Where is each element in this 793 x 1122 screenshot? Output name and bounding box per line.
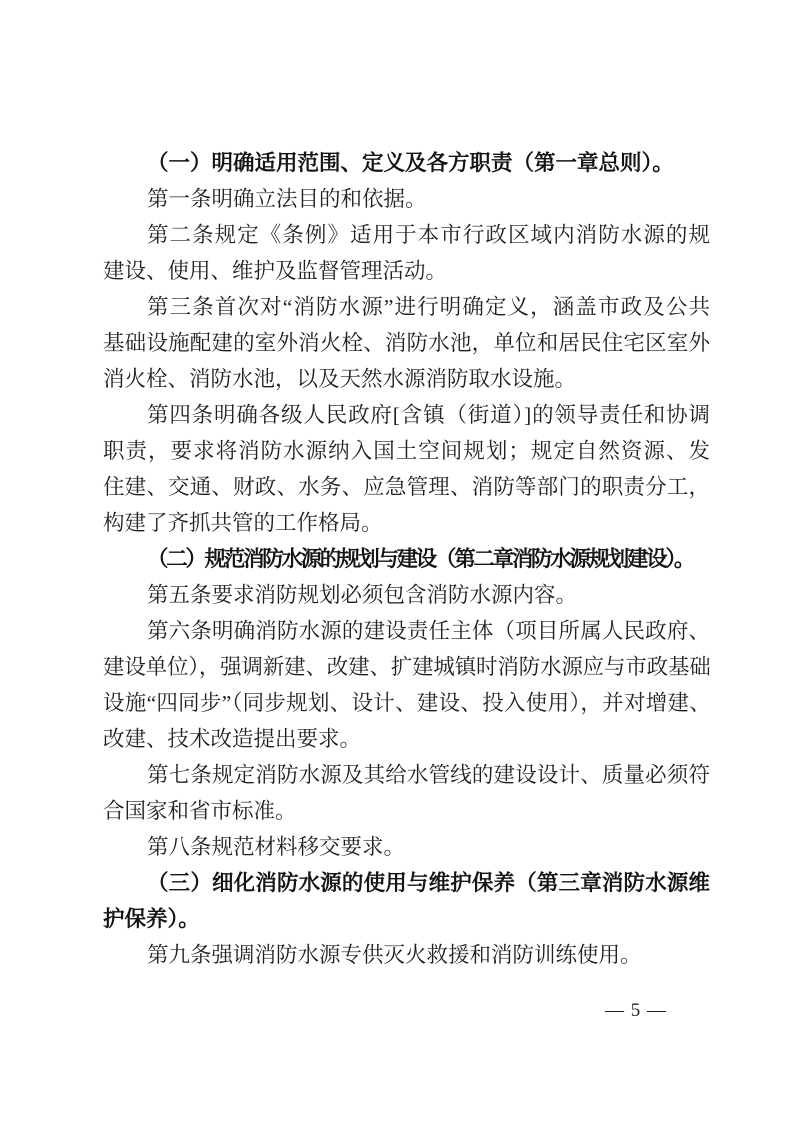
text-line: 构建了齐抓共管的工作格局。: [103, 505, 710, 541]
text-line: （三）细化消防水源的使用与维护保养（第三章消防水源维: [103, 865, 710, 901]
text-line: 第三条首次对“消防水源”进行明确定义，涵盖市政及公共: [103, 289, 710, 325]
text-line: 第七条规定消防水源及其给水管线的建设设计、质量必须符: [103, 757, 710, 793]
text-line: （二）规范消防水源的规划与建设（第二章消防水源规划建设）。: [103, 541, 710, 577]
text-line: 消火栓、消防水池，以及天然水源消防取水设施。: [103, 361, 710, 397]
text-line: 住建、交通、财政、水务、应急管理、消防等部门的职责分工，: [103, 469, 710, 505]
text-line: 建设、使用、维护及监督管理活动。: [103, 253, 710, 289]
text-line: 第六条明确消防水源的建设责任主体（项目所属人民政府、: [103, 613, 710, 649]
text-line: （一）明确适用范围、定义及各方职责（第一章总则）。: [103, 145, 710, 181]
text-line: 设施“四同步”（同步规划、设计、建设、投入使用），并对增建、: [103, 685, 710, 721]
text-line: 第一条明确立法目的和依据。: [103, 181, 710, 217]
text-line: 护保养）。: [103, 901, 710, 937]
text-line: 第五条要求消防规划必须包含消防水源内容。: [103, 577, 710, 613]
text-line: 合国家和省市标准。: [103, 793, 710, 829]
text-line: 基础设施配建的室外消火栓、消防水池，单位和居民住宅区室外: [103, 325, 710, 361]
text-line: 第九条强调消防水源专供灭火救援和消防训练使用。: [103, 937, 710, 973]
text-line: 职责，要求将消防水源纳入国土空间规划；规定自然资源、发改、: [103, 433, 710, 469]
page-number: — 5 —: [103, 997, 667, 1025]
text-line: 改建、技术改造提出要求。: [103, 721, 710, 757]
document-body: （一）明确适用范围、定义及各方职责（第一章总则）。第一条明确立法目的和依据。第二…: [103, 145, 710, 973]
text-line: 第二条规定《条例》适用于本市行政区域内消防水源的规划、: [103, 217, 710, 253]
text-line: 第四条明确各级人民政府[含镇（街道）]的领导责任和协调: [103, 397, 710, 433]
document-page: （一）明确适用范围、定义及各方职责（第一章总则）。第一条明确立法目的和依据。第二…: [0, 0, 793, 1122]
text-line: 第八条规范材料移交要求。: [103, 829, 710, 865]
text-line: 建设单位），强调新建、改建、扩建城镇时消防水源应与市政基础: [103, 649, 710, 685]
